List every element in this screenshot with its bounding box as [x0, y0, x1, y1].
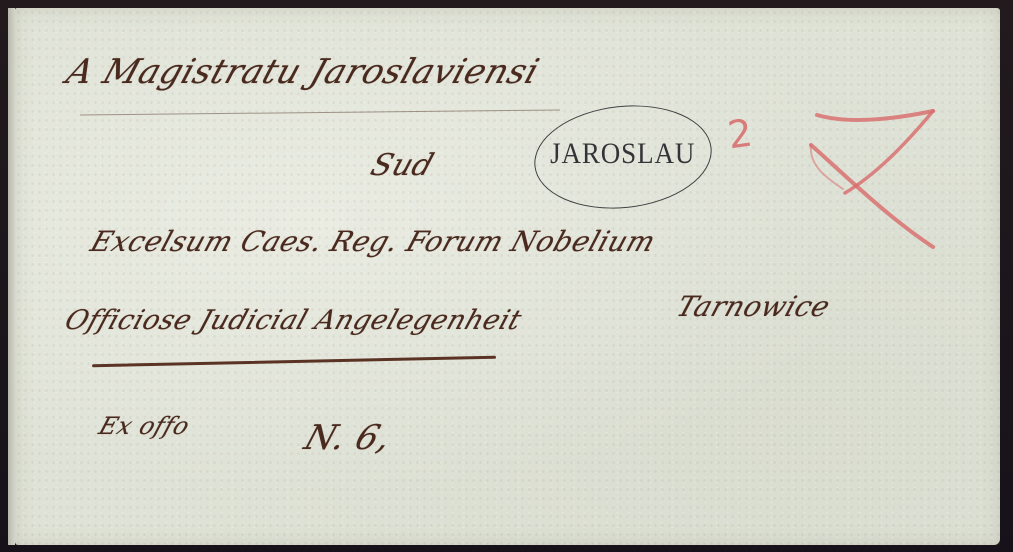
red-cross-mark-icon — [805, 105, 940, 250]
address-line-4: Officiose Judicial Angelegenheit — [61, 305, 526, 336]
postmark-text: JAROSLAU — [543, 137, 701, 171]
paper-fold-edge — [8, 8, 15, 545]
address-line-6: N. 6, — [300, 418, 397, 458]
address-line-2: Sud — [366, 148, 438, 183]
address-line-1: A Magistratu Jaroslaviensi — [62, 52, 545, 92]
destination-town: Tarnowice — [673, 290, 835, 323]
address-line-5: Ex offo — [95, 412, 193, 440]
address-line-3: Excelsum Caes. Reg. Forum Nobelium — [87, 225, 660, 258]
